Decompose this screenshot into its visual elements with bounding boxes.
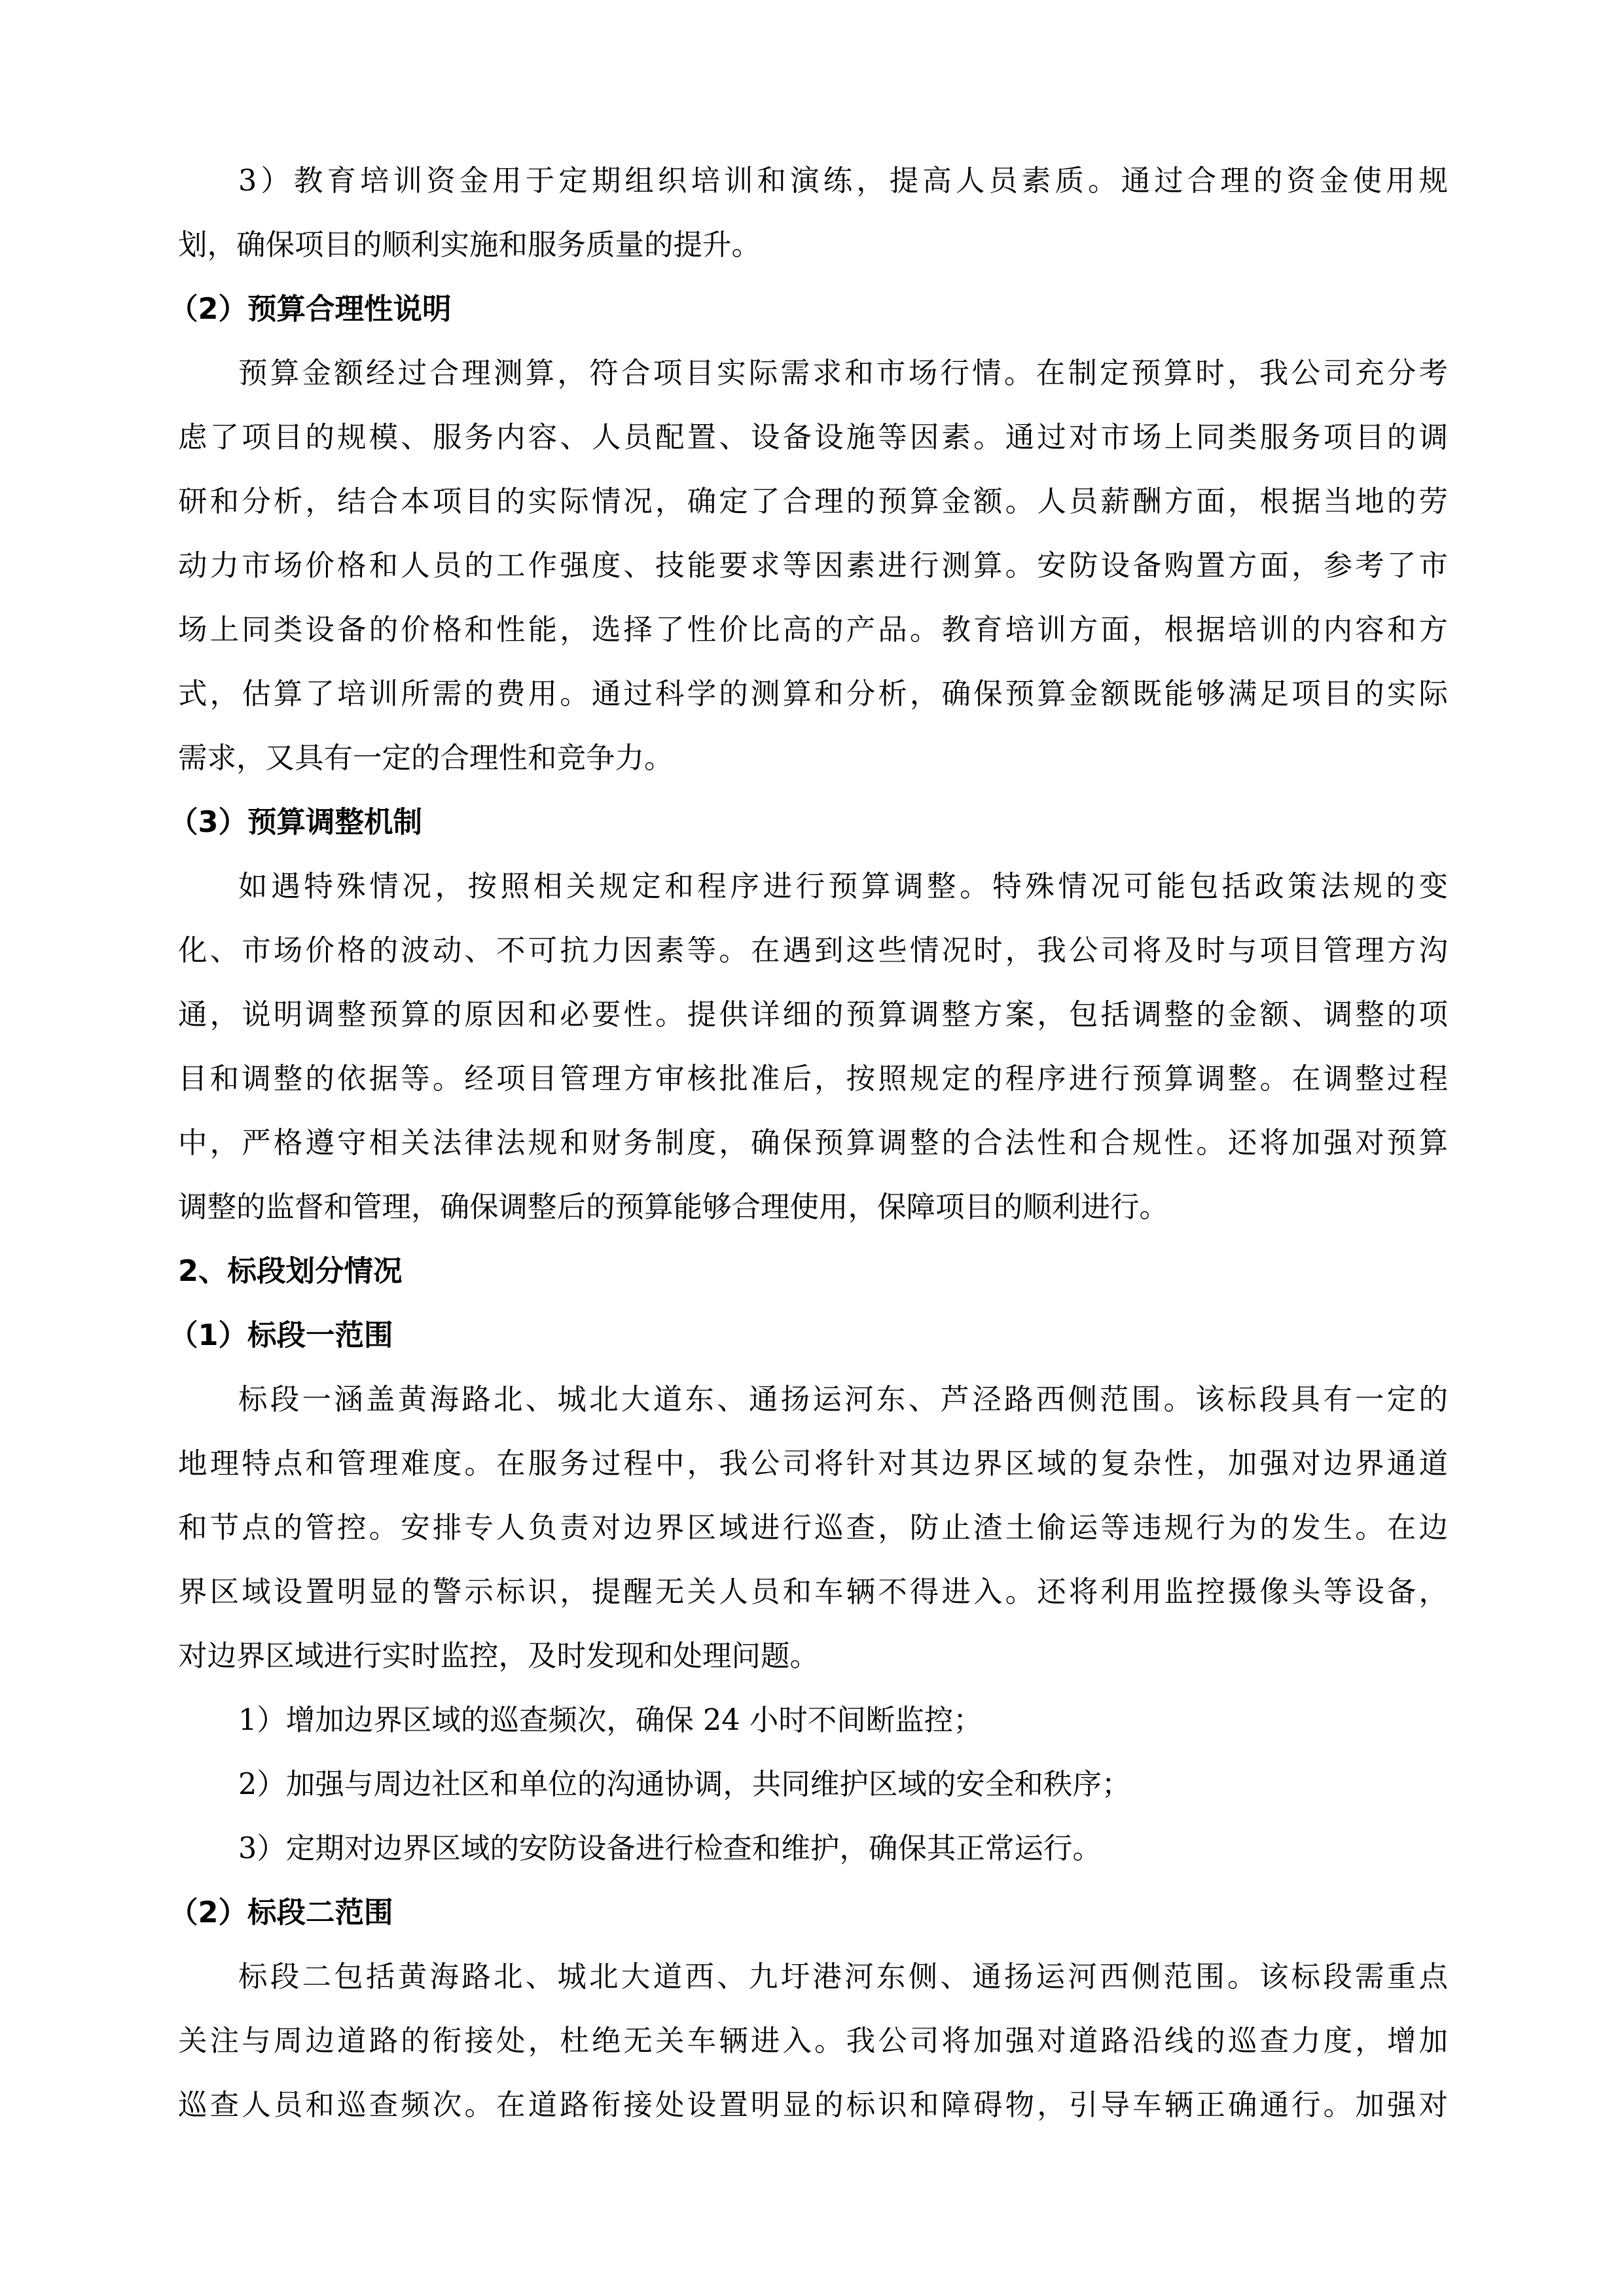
paragraph-budget-adjustment: 如遇特殊情况，按照相关规定和程序进行预算调整。特殊情况可能包括政策法规的变 化、… xyxy=(178,855,1448,1240)
text-line: 化、市场价格的波动、不可抗力因素等。在遇到这些情况时，我公司将及时与项目管理方沟 xyxy=(178,919,1448,983)
text-line: 标段二包括黄海路北、城北大道西、九圩港河东侧、通扬运河西侧范围。该标段需重点 xyxy=(178,1945,1448,2009)
heading-section-two-scope: （2）标段二范围 xyxy=(169,1881,1448,1945)
text-line: 界区域设置明显的警示标识，提醒无关人员和车辆不得进入。还将利用监控摄像头等设备， xyxy=(178,1560,1448,1624)
document-body: 3）教育培训资金用于定期组织培训和演练，提高人员素质。通过合理的资金使用规 划，… xyxy=(178,149,1448,2138)
document-page: 3）教育培训资金用于定期组织培训和演练，提高人员素质。通过合理的资金使用规 划，… xyxy=(0,0,1624,2296)
paragraph-budget-rationale: 预算金额经过合理测算，符合项目实际需求和市场行情。在制定预算时，我公司充分考 虑… xyxy=(178,342,1448,791)
text-line: 3）教育培训资金用于定期组织培训和演练，提高人员素质。通过合理的资金使用规 xyxy=(178,149,1448,213)
text-line: 划，确保项目的顺利实施和服务质量的提升。 xyxy=(178,213,1448,278)
text-line: 虑了项目的规模、服务内容、人员配置、设备设施等因素。通过对市场上同类服务项目的调 xyxy=(178,406,1448,470)
text-line: 和节点的管控。安排专人负责对边界区域进行巡查，防止渣土偷运等违规行为的发生。在边 xyxy=(178,1496,1448,1560)
paragraph-training-funds: 3）教育培训资金用于定期组织培训和演练，提高人员素质。通过合理的资金使用规 划，… xyxy=(178,149,1448,278)
list-item: 3）定期对边界区域的安防设备进行检查和维护，确保其正常运行。 xyxy=(178,1817,1448,1881)
heading-budget-rationale: （2）预算合理性说明 xyxy=(169,278,1448,342)
paragraph-section-two: 标段二包括黄海路北、城北大道西、九圩港河东侧、通扬运河西侧范围。该标段需重点 关… xyxy=(178,1945,1448,2138)
heading-section-one-scope: （1）标段一范围 xyxy=(169,1304,1448,1368)
text-line: 中，严格遵守相关法律法规和财务制度，确保预算调整的合法性和合规性。还将加强对预算 xyxy=(178,1111,1448,1175)
text-line: 预算金额经过合理测算，符合项目实际需求和市场行情。在制定预算时，我公司充分考 xyxy=(178,342,1448,406)
text-line: 研和分析，结合本项目的实际情况，确定了合理的预算金额。人员薪酬方面，根据当地的劳 xyxy=(178,470,1448,534)
text-line: 巡查人员和巡查频次。在道路衔接处设置明显的标识和障碍物，引导车辆正确通行。加强对 xyxy=(178,2073,1448,2138)
paragraph-section-one: 标段一涵盖黄海路北、城北大道东、通扬运河东、芦泾路西侧范围。该标段具有一定的 地… xyxy=(178,1368,1448,1689)
text-line: 通，说明调整预算的原因和必要性。提供详细的预算调整方案，包括调整的金额、调整的项 xyxy=(178,983,1448,1047)
text-line: 如遇特殊情况，按照相关规定和程序进行预算调整。特殊情况可能包括政策法规的变 xyxy=(178,855,1448,919)
text-line: 标段一涵盖黄海路北、城北大道东、通扬运河东、芦泾路西侧范围。该标段具有一定的 xyxy=(178,1368,1448,1432)
heading-budget-adjustment: （3）预算调整机制 xyxy=(169,791,1448,855)
text-line: 需求，又具有一定的合理性和竞争力。 xyxy=(178,726,1448,791)
list-item: 2）加强与周边社区和单位的沟通协调，共同维护区域的安全和秩序； xyxy=(178,1753,1448,1817)
text-line: 关注与周边道路的衔接处，杜绝无关车辆进入。我公司将加强对道路沿线的巡查力度，增加 xyxy=(178,2009,1448,2073)
text-line: 目和调整的依据等。经项目管理方审核批准后，按照规定的程序进行预算调整。在调整过程 xyxy=(178,1047,1448,1111)
heading-section-division: 2、标段划分情况 xyxy=(178,1240,1448,1304)
text-line: 动力市场价格和人员的工作强度、技能要求等因素进行测算。安防设备购置方面，参考了市 xyxy=(178,534,1448,598)
text-line: 调整的监督和管理，确保调整后的预算能够合理使用，保障项目的顺利进行。 xyxy=(178,1175,1448,1240)
text-line: 场上同类设备的价格和性能，选择了性价比高的产品。教育培训方面，根据培训的内容和方 xyxy=(178,598,1448,662)
text-line: 对边界区域进行实时监控，及时发现和处理问题。 xyxy=(178,1624,1448,1689)
text-line: 地理特点和管理难度。在服务过程中，我公司将针对其边界区域的复杂性，加强对边界通道 xyxy=(178,1432,1448,1496)
list-item: 1）增加边界区域的巡查频次，确保 24 小时不间断监控； xyxy=(178,1689,1448,1753)
text-line: 式，估算了培训所需的费用。通过科学的测算和分析，确保预算金额既能够满足项目的实际 xyxy=(178,662,1448,726)
